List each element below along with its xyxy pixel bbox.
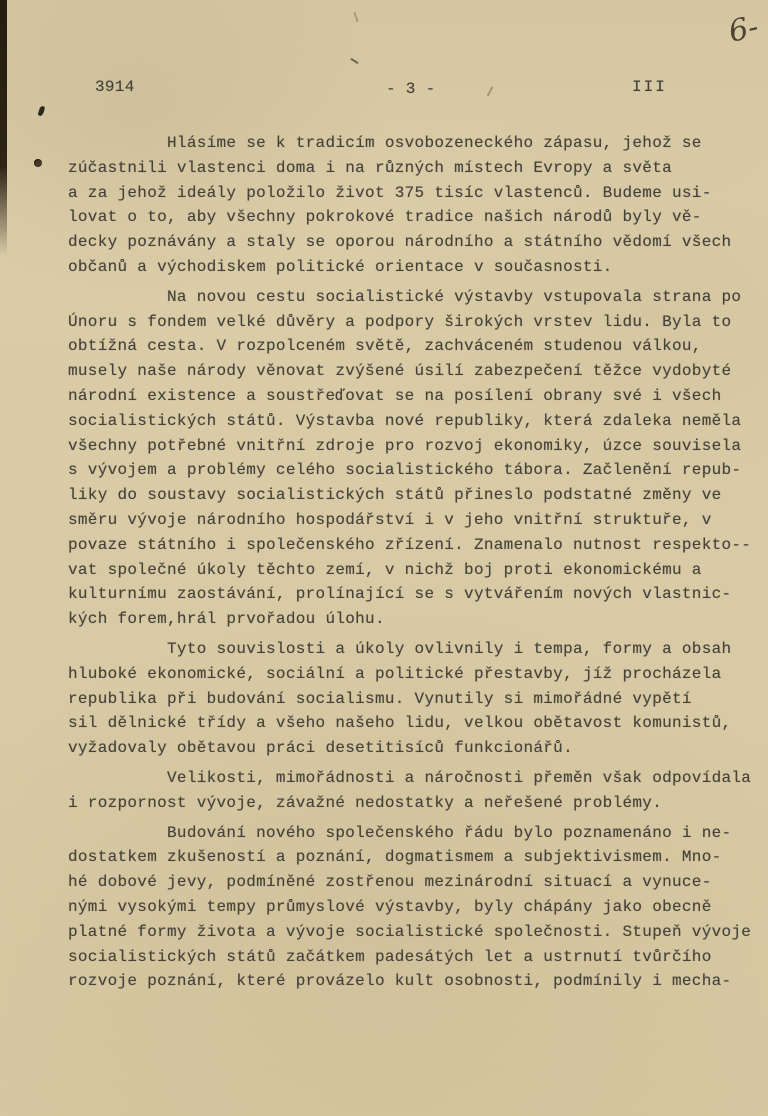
- paragraph-new-path: Na novou cestu socialistické výstavby vs…: [68, 285, 768, 632]
- section-number: III: [632, 78, 667, 96]
- ink-speck-dot: [34, 159, 42, 167]
- document-number: 3914: [95, 78, 135, 96]
- ink-speck-comma: [38, 105, 46, 116]
- ink-tick-mark: [354, 12, 359, 22]
- paragraph-traditions: Hlásíme se k tradicím osvobozeneckého zá…: [68, 131, 768, 280]
- page-number: - 3 -: [386, 80, 436, 98]
- document-page: 6- 3914 - 3 - III Hlásíme se k tradicím …: [0, 0, 768, 1116]
- ink-tick-mark: [487, 86, 494, 97]
- document-body: Hlásíme se k tradicím osvobozeneckého zá…: [68, 131, 768, 999]
- ink-tick-mark: [350, 58, 359, 64]
- paragraph-contradictions: Velikosti, mimořádnosti a náročnosti pře…: [68, 766, 768, 816]
- handwritten-page-note: 6-: [726, 9, 762, 49]
- paragraph-building-order: Budování nového společenského řádu bylo …: [68, 821, 768, 995]
- paragraph-context-tasks: Tyto souvislosti a úkoly ovlivnily i tem…: [68, 637, 768, 761]
- scan-edge-shadow: [0, 0, 7, 256]
